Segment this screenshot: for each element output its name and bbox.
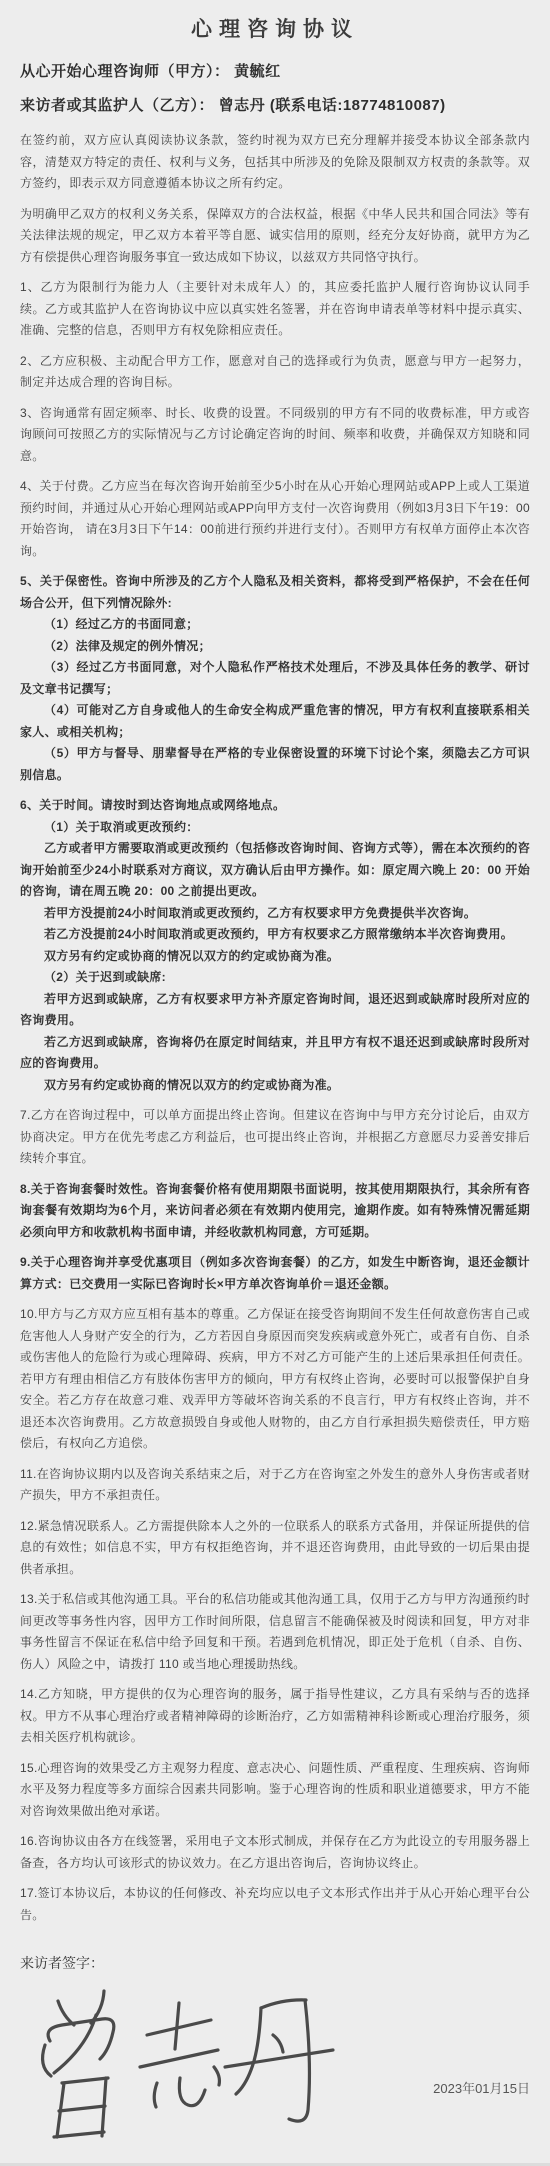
agreement-paragraph: 若甲方没提前24小时间取消或更改预约，乙方有权要求甲方免费提供半次咨询。 (20, 903, 530, 925)
party-a-line: 从心开始心理咨询师（甲方）： 黄毓红 (20, 60, 530, 81)
agreement-paragraph: （4）可能对乙方自身或他人的生命安全构成严重危害的情况，甲方有权利直接联系相关家… (20, 700, 530, 743)
agreement-document: 心理咨询协议 从心开始心理咨询师（甲方）： 黄毓红 来访者或其监护人（乙方）： … (0, 0, 550, 2166)
agreement-paragraph: 6、关于时间。请按时到达咨询地点或网络地点。 (20, 795, 530, 817)
agreement-paragraph: 11.在咨询协议期内以及咨询关系结束之后，对于乙方在咨询室之外发生的意外人身伤害… (20, 1464, 530, 1507)
signature-block: 来访者签字： (20, 1953, 530, 2151)
agreement-paragraph: 7.乙方在咨询过程中，可以单方面提出终止咨询。但建议在咨询中与甲方充分讨论后，由… (20, 1105, 530, 1170)
agreement-paragraph: 12.紧急情况联系人。乙方需提供除本人之外的一位联系人的联系方式备用，并保证所提… (20, 1516, 530, 1581)
agreement-paragraph: 为明确甲乙双方的权利义务关系，保障双方的合法权益，根据《中华人民共和国合同法》等… (20, 204, 530, 269)
signature-date: 2023年01月15日 (433, 2078, 530, 2097)
agreement-paragraph: 在签约前，双方应认真阅读协议条款，签约时视为双方已充分理解并接受本协议全部条款内… (20, 130, 530, 195)
agreement-paragraph: 4、关于付费。乙方应当在每次咨询开始前至少5小时在从心开始心理网站或APP上或人… (20, 476, 530, 562)
agreement-paragraph: 1、乙方为限制行为能力人（主要针对未成年人）的，其应委托监护人履行咨询协议认同手… (20, 277, 530, 342)
signature-label: 来访者签字： (20, 1953, 530, 1973)
agreement-paragraph: （5）甲方与督导、朋辈督导在严格的专业保密设置的环境下讨论个案，须隐去乙方可识别… (20, 743, 530, 786)
agreement-paragraph: 3、咨询通常有固定频率、时长、收费的设置。不同级别的甲方有不同的收费标准，甲方或… (20, 403, 530, 468)
agreement-paragraph: 17.签订本协议后，本协议的任何修改、补充均应以电子文本形式作出并于从心开始心理… (20, 1883, 530, 1926)
agreement-paragraph: （1）关于取消或更改预约： (20, 817, 530, 839)
agreement-paragraph: （1）经过乙方的书面同意； (20, 614, 530, 636)
visitor-signature (28, 1983, 358, 2151)
agreement-paragraph: 若甲方迟到或缺席，乙方有权要求甲方补齐原定咨询时间，退还迟到或缺席时段所对应的咨… (20, 989, 530, 1032)
agreement-paragraphs: 在签约前，双方应认真阅读协议条款，签约时视为双方已充分理解并接受本协议全部条款内… (20, 130, 530, 1926)
agreement-paragraph: 5、关于保密性。咨询中所涉及的乙方个人隐私及相关资料，都将受到严格保护，不会在任… (20, 571, 530, 614)
agreement-paragraph: 9.关于心理咨询并享受优惠项目（例如多次咨询套餐）的乙方，如发生中断咨询，退还金… (20, 1252, 530, 1295)
page-title: 心理咨询协议 (20, 0, 530, 43)
agreement-paragraph: 若乙方没提前24小时间取消或更改预约，甲方有权要求乙方照常缴纳本半次咨询费用。 (20, 924, 530, 946)
agreement-paragraph: 16.咨询协议由各方在线签署，采用电子文本形式制成，并保存在乙方为此设立的专用服… (20, 1831, 530, 1874)
agreement-paragraph: 14.乙方知晓，甲方提供的仅为心理咨询的服务，属于指导性建议，乙方具有采纳与否的… (20, 1684, 530, 1749)
agreement-paragraph: （2）法律及规定的例外情况； (20, 636, 530, 658)
agreement-paragraph: 13.关于私信或其他沟通工具。平台的私信功能或其他沟通工具，仅用于乙方与甲方沟通… (20, 1589, 530, 1675)
party-b-line: 来访者或其监护人（乙方）： 曾志丹 (联系电话:18774810087) (20, 94, 530, 115)
agreement-paragraph: 15.心理咨询的效果受乙方主观努力程度、意志决心、问题性质、严重程度、生理疾病、… (20, 1758, 530, 1823)
agreement-paragraph: （3）经过乙方书面同意，对个人隐私作严格技术处理后，不涉及具体任务的教学、研讨及… (20, 657, 530, 700)
agreement-paragraph: 2、乙方应积极、主动配合甲方工作，愿意对自己的选择或行为负责，愿意与甲方一起努力… (20, 351, 530, 394)
agreement-paragraph: 若乙方迟到或缺席，咨询将仍在原定时间结束，并且甲方有权不退还迟到或缺席时段所对应… (20, 1032, 530, 1075)
agreement-paragraph: 双方另有约定或协商的情况以双方的约定或协商为准。 (20, 946, 530, 968)
agreement-paragraph: 10.甲方与乙方双方应互相有基本的尊重。乙方保证在接受咨询期间不发生任何故意伤害… (20, 1304, 530, 1455)
agreement-paragraph: 双方另有约定或协商的情况以双方的约定或协商为准。 (20, 1075, 530, 1097)
agreement-paragraph: 8.关于咨询套餐时效性。咨询套餐价格有使用期限书面说明，按其使用期限执行，其余所… (20, 1179, 530, 1244)
agreement-paragraph: （2）关于迟到或缺席: (20, 967, 530, 989)
agreement-paragraph: 乙方或者甲方需要取消或更改预约（包括修改咨询时间、咨询方式等），需在本次预约的咨… (20, 838, 530, 903)
